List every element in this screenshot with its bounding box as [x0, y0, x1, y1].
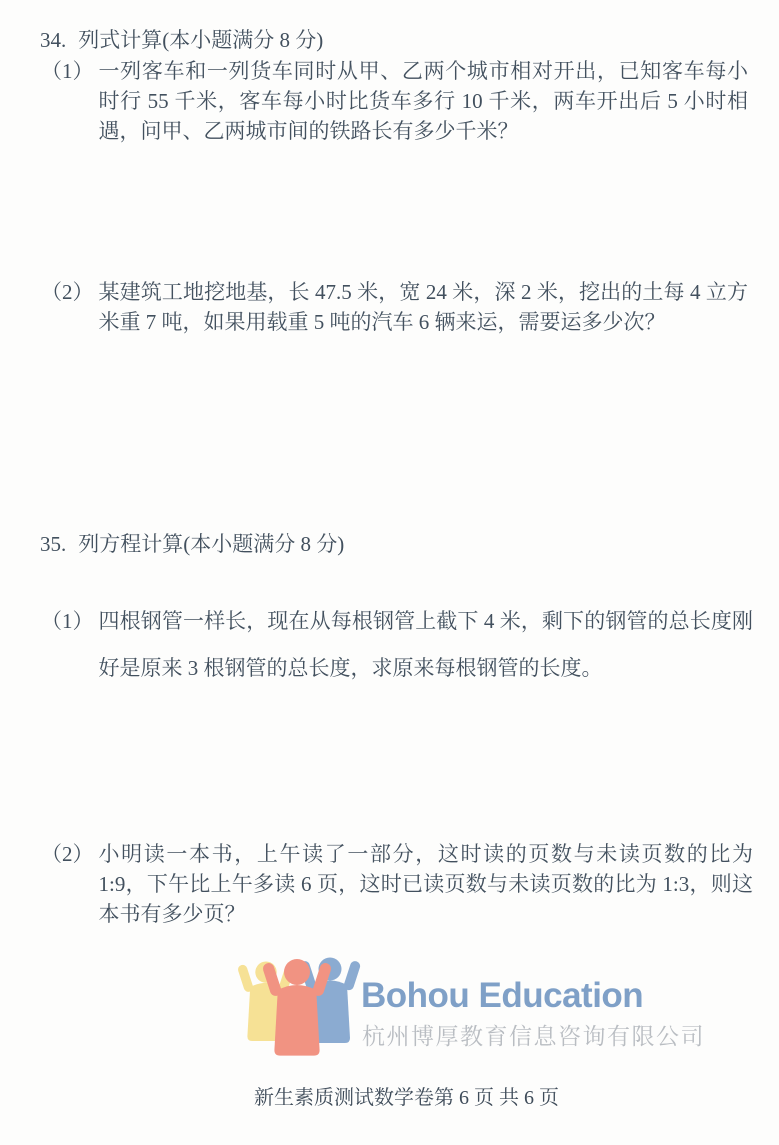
question-35-title: 列方程计算(本小题满分 8 分)	[78, 532, 344, 556]
question-35-part-2: （2） 小明读一本书，上午读了一部分，这时读的页数与未读页数的比为 1:9，下午…	[41, 839, 753, 929]
part-text: 小明读一本书，上午读了一部分，这时读的页数与未读页数的比为 1:9，下午比上午多…	[99, 839, 754, 929]
question-35-heading: 35.列方程计算(本小题满分 8 分)	[40, 531, 344, 557]
question-35-part-1: （1） 四根钢管一样长，现在从每根钢管上截下 4 米，剩下的钢管的总长度刚好是原…	[41, 598, 753, 692]
part-label: （2）	[41, 839, 94, 869]
part-text: 某建筑工地挖地基，长 47.5 米，宽 24 米，深 2 米，挖出的土每 4 立…	[99, 277, 749, 337]
company-text: 杭州博厚教育信息咨询有限公司	[362, 1021, 705, 1051]
part-text: 一列客车和一列货车同时从甲、乙两个城市相对开出，已知客车每小时行 55 千米，客…	[99, 56, 749, 146]
question-34-heading: 34.列式计算(本小题满分 8 分)	[40, 27, 323, 53]
exam-page: 34.列式计算(本小题满分 8 分) （1） 一列客车和一列货车同时从甲、乙两个…	[0, 0, 779, 1145]
part-text: 四根钢管一样长，现在从每根钢管上截下 4 米，剩下的钢管的总长度刚好是原来 3 …	[99, 598, 754, 692]
question-34-number: 34.	[40, 28, 66, 52]
question-35-number: 35.	[40, 532, 66, 556]
brand-text: Bohou Education	[361, 978, 643, 1014]
question-34-part-1: （1） 一列客车和一列货车同时从甲、乙两个城市相对开出，已知客车每小时行 55 …	[41, 56, 748, 146]
page-footer: 新生素质测试数学卷第 6 页 共 6 页	[34, 1085, 779, 1111]
part-label: （1）	[41, 56, 94, 86]
part-label: （2）	[41, 277, 94, 307]
bohou-people-icon	[236, 953, 361, 1061]
question-34-part-2: （2） 某建筑工地挖地基，长 47.5 米，宽 24 米，深 2 米，挖出的土每…	[41, 277, 748, 337]
question-34-title: 列式计算(本小题满分 8 分)	[78, 28, 323, 52]
part-label: （1）	[41, 598, 94, 645]
